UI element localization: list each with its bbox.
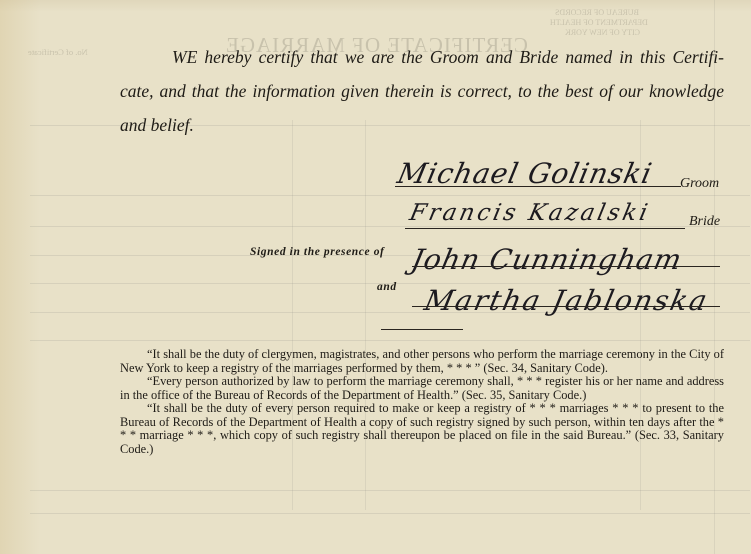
statute-sec-33: “It shall be the duty of every person re… (120, 402, 724, 456)
bride-label: Bride (689, 214, 720, 230)
witness-2-signature: Martha Jablonska (421, 284, 711, 317)
witness-1-signature-line (412, 266, 720, 267)
groom-label: Groom (680, 176, 719, 192)
statute-sec-34: “It shall be the duty of clergymen, magi… (120, 348, 724, 375)
bleed-left-label: No. of Certificate (28, 47, 88, 57)
bleed-header-line: BUREAU OF RECORDS (555, 8, 639, 17)
witness-label: Signed in the presence of (250, 246, 384, 258)
certification-statement: WE hereby certify that we are the Groom … (120, 40, 724, 142)
bride-signature: Francis Kazalski (407, 200, 653, 226)
divider-rule (381, 329, 463, 330)
groom-signature-line (395, 186, 681, 187)
certification-text: cate, and that the information given the… (120, 81, 724, 135)
witness-1-signature: John Cunningham (408, 243, 685, 276)
witness-2-signature-line (412, 306, 720, 307)
statute-sec-35: “Every person authorized by law to perfo… (120, 375, 724, 402)
bleed-header-line: DEPARTMENT OF HEALTH (550, 18, 648, 27)
certification-lead: WE hereby certify that we are the Groom … (172, 47, 724, 67)
and-label: and (377, 281, 397, 293)
bride-signature-line (405, 228, 685, 229)
bleed-header-line: CITY OF NEW YORK (565, 28, 640, 37)
statute-excerpts: “It shall be the duty of clergymen, magi… (120, 348, 724, 456)
